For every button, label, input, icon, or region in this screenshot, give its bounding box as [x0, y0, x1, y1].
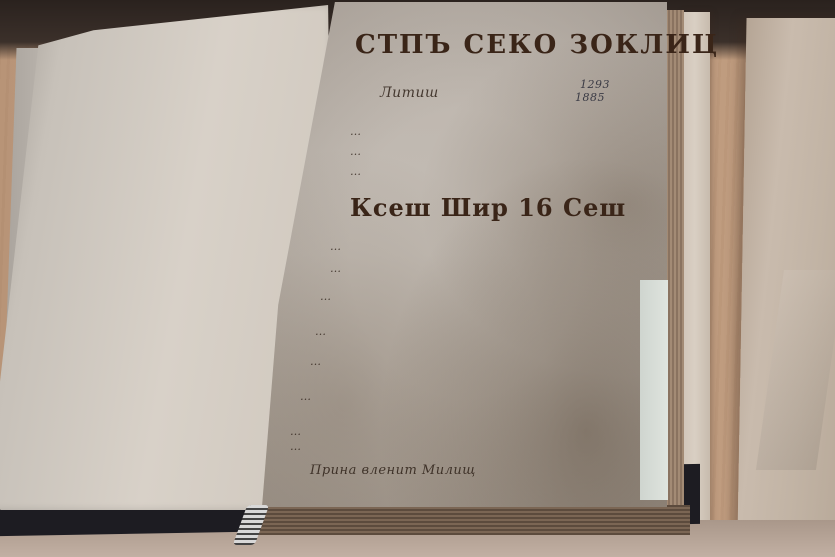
manuscript-subtitle: Литиш	[380, 85, 439, 101]
margin-number-1: 1293	[580, 78, 610, 91]
manuscript-last-line: Прина вленит Милищ	[310, 463, 476, 478]
paper-repair	[640, 280, 668, 500]
photo-scene: СТПЪ СЕКО ЗОКЛИЦ Литиш 1293 1885 … … … К…	[0, 0, 835, 557]
manuscript-line: …	[320, 290, 332, 303]
manuscript-heading: Ксеш Шир 16 Сеш	[350, 193, 626, 222]
manuscript-title: СТПЪ СЕКО ЗОКЛИЦ	[355, 30, 719, 60]
margin-number-2: 1885	[575, 91, 605, 104]
manuscript-line: …	[300, 390, 312, 403]
manuscript-line: …	[290, 440, 302, 453]
manuscript-line: …	[310, 355, 322, 368]
manuscript-line: …	[290, 425, 302, 438]
page-edges-bottom	[250, 505, 690, 535]
manuscript-line: …	[315, 325, 327, 338]
manuscript-line: …	[330, 262, 342, 275]
manuscript-line: …	[330, 240, 342, 253]
manuscript-line: …	[350, 165, 362, 178]
manuscript-line: …	[350, 145, 362, 158]
manuscript-line: …	[350, 125, 362, 138]
